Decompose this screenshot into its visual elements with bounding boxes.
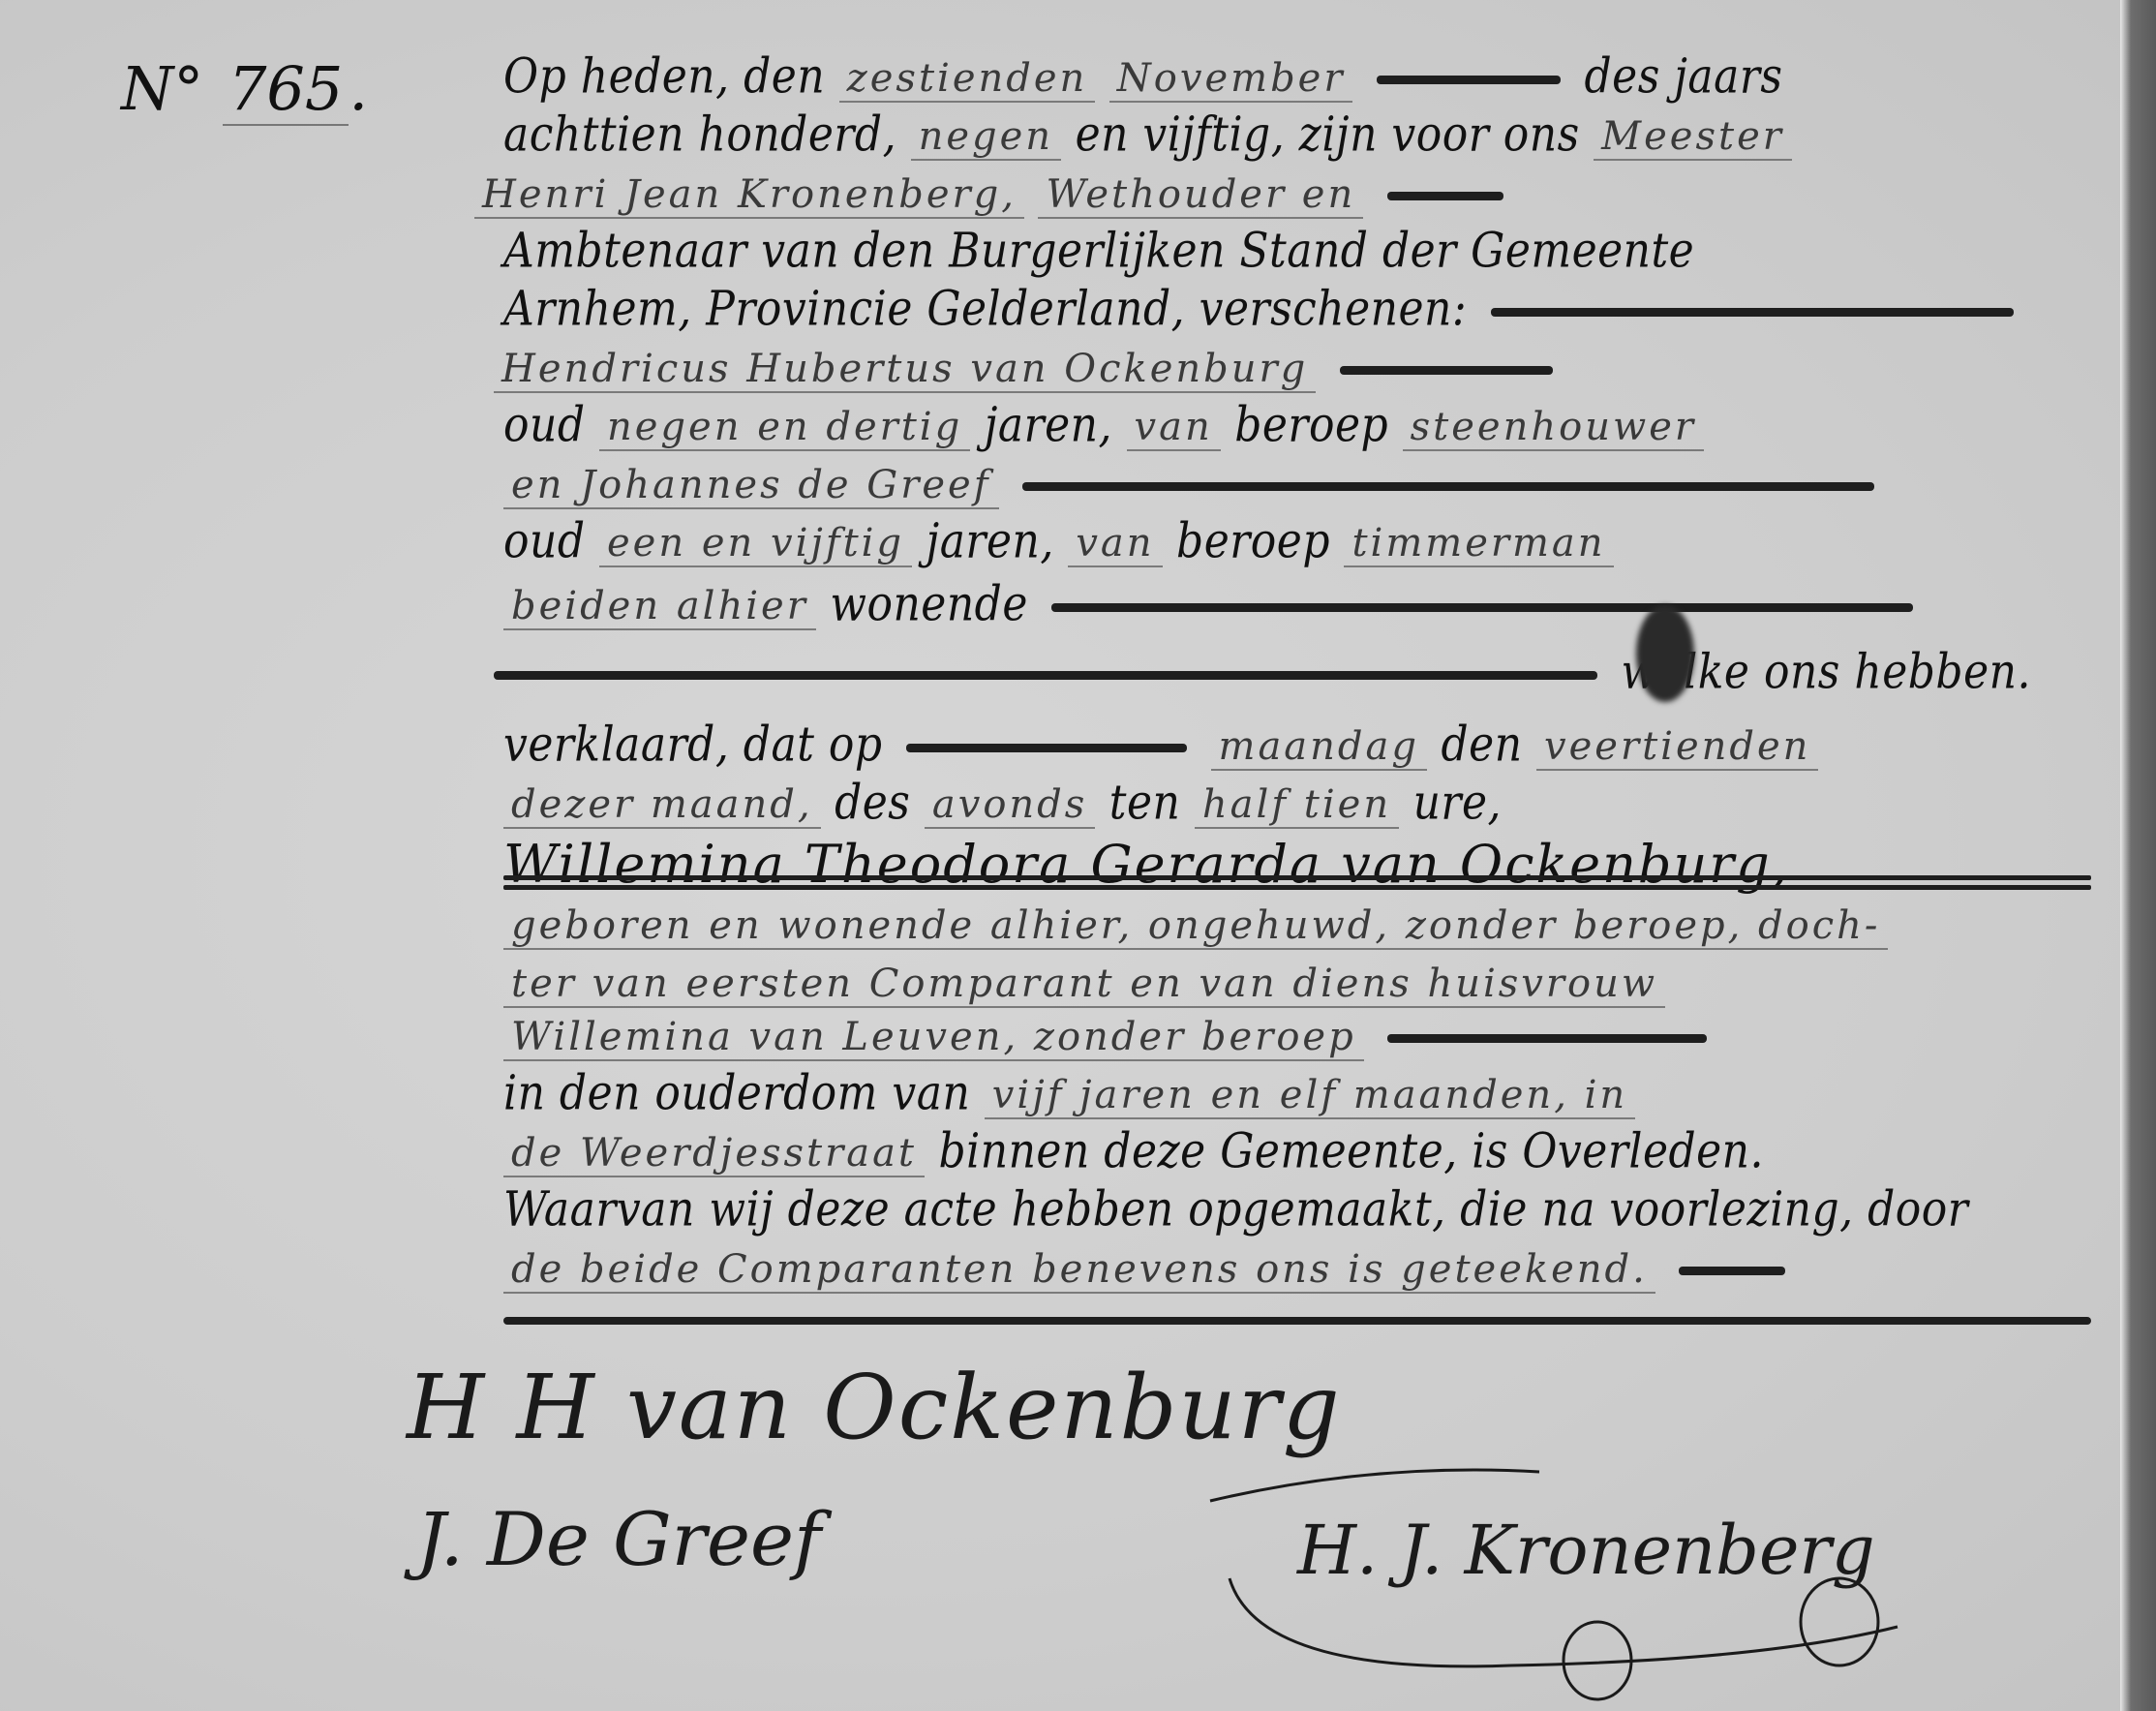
hand-occupation: steenhouwer bbox=[1403, 405, 1704, 451]
hand-residence: beiden alhier bbox=[503, 584, 816, 630]
record-number: N° 765. bbox=[121, 53, 368, 124]
record-line-6: Hendricus Hubertus van Ockenburg bbox=[503, 339, 2062, 397]
document-page: N° 765. Op heden, den zestienden Novembe… bbox=[0, 0, 2120, 1711]
hand-month: November bbox=[1109, 56, 1353, 103]
hand-title: Meester bbox=[1594, 114, 1792, 161]
print-text: den bbox=[1441, 713, 1522, 778]
hand-text: geboren en wonende alhier, ongehuwd, zon… bbox=[503, 903, 1888, 950]
hand-hour: half tien bbox=[1195, 782, 1399, 829]
print-text: oud bbox=[503, 509, 586, 574]
closing-rule bbox=[503, 1317, 2091, 1325]
fill-dash bbox=[1377, 76, 1561, 84]
hand-age-deceased: vijf jaren en elf maanden, in bbox=[985, 1073, 1635, 1119]
print-text: ten bbox=[1109, 771, 1181, 836]
print-text: oud bbox=[503, 393, 586, 458]
print-text: ure, bbox=[1413, 771, 1502, 836]
record-line-10: beiden alhier wonende bbox=[503, 576, 2062, 634]
record-line-20: Waarvan wij deze acte hebben opgemaakt, … bbox=[503, 1181, 2062, 1239]
print-text: in den ouderdom van bbox=[503, 1061, 970, 1126]
hand-text: de beide Comparanten benevens ons is get… bbox=[503, 1247, 1655, 1294]
number-value: 765 bbox=[223, 53, 349, 126]
record-line-16: ter van eersten Comparant en van diens h… bbox=[503, 954, 2062, 1012]
hand-date: veertienden bbox=[1536, 724, 1818, 771]
record-line-8: en Johannes de Greef bbox=[503, 455, 2062, 513]
hand-text: van bbox=[1068, 521, 1162, 567]
signature-witness: J. De Greef bbox=[416, 1496, 821, 1582]
fill-dash bbox=[1387, 1034, 1707, 1043]
fill-dash bbox=[906, 744, 1187, 752]
print-text: Arnhem, Provincie Gelderland, verschenen… bbox=[503, 277, 1467, 342]
number-prefix: N° bbox=[121, 53, 203, 124]
record-line-12: verklaard, dat op maandag den veertiende… bbox=[503, 717, 2062, 775]
hand-declarant-1: Hendricus Hubertus van Ockenburg bbox=[494, 347, 1316, 393]
record-line-13: dezer maand, des avonds ten half tien ur… bbox=[503, 775, 2062, 833]
record-line-5: Arnhem, Provincie Gelderland, verschenen… bbox=[503, 281, 2062, 339]
print-text: jaren, bbox=[985, 393, 1112, 458]
hand-text: van bbox=[1127, 405, 1221, 451]
hand-text: dezer maand, bbox=[503, 782, 821, 829]
hand-mother: Willemina van Leuven, zonder beroep bbox=[503, 1015, 1364, 1061]
hand-text: ter van eersten Comparant en van diens h… bbox=[503, 962, 1665, 1008]
double-underline-bottom bbox=[503, 885, 2091, 890]
record-line-17: Willemina van Leuven, zonder beroep bbox=[503, 1007, 2062, 1065]
signature-father: H H van Ockenburg bbox=[407, 1356, 1342, 1459]
fill-dash bbox=[1387, 192, 1503, 200]
record-line-2: achttien honderd, negen en vijftig, zijn… bbox=[503, 107, 2062, 165]
record-line-19: de Weerdjesstraat binnen deze Gemeente, … bbox=[503, 1123, 2062, 1181]
print-text: achttien honderd, bbox=[503, 103, 896, 168]
record-line-11: welke ons hebben. bbox=[503, 644, 2062, 702]
fill-dash bbox=[1340, 366, 1553, 375]
record-line-3: Henri Jean Kronenberg, Wethouder en bbox=[503, 165, 2062, 223]
record-line-7: oud negen en dertig jaren, van beroep st… bbox=[503, 397, 2062, 455]
print-text: beroep bbox=[1176, 509, 1330, 574]
hand-declarant-2: en Johannes de Greef bbox=[503, 463, 999, 509]
book-binding-edge bbox=[2120, 0, 2156, 1711]
hand-occupation: timmerman bbox=[1344, 521, 1613, 567]
print-text: des jaars bbox=[1584, 45, 1782, 109]
print-text: beroep bbox=[1234, 393, 1388, 458]
signature-flourish-icon bbox=[1220, 1569, 1917, 1704]
print-text: Waarvan wij deze acte hebben opgemaakt, … bbox=[503, 1177, 1968, 1242]
hand-official-role: Wethouder en bbox=[1038, 172, 1363, 219]
record-line-18: in den ouderdom van vijf jaren en elf ma… bbox=[503, 1065, 2062, 1123]
record-line-9: oud een en vijftig jaren, van beroep tim… bbox=[503, 513, 2062, 571]
fill-dash bbox=[1679, 1267, 1785, 1275]
hand-year: negen bbox=[911, 114, 1061, 161]
hand-age: een en vijftig bbox=[599, 521, 912, 567]
fill-dash bbox=[1491, 308, 2014, 317]
hand-official-name: Henri Jean Kronenberg, bbox=[474, 172, 1024, 219]
hand-age: negen en dertig bbox=[599, 405, 970, 451]
fill-dash bbox=[1051, 603, 1913, 612]
hand-day: zestienden bbox=[839, 56, 1096, 103]
print-text: jaren, bbox=[926, 509, 1054, 574]
print-text: des bbox=[835, 771, 910, 836]
print-text: en vijftig, zijn voor ons bbox=[1076, 103, 1580, 168]
hand-street: de Weerdjesstraat bbox=[503, 1131, 925, 1177]
record-line-21: de beide Comparanten benevens ons is get… bbox=[503, 1239, 2062, 1298]
double-underline-top bbox=[503, 875, 2091, 880]
print-text: verklaard, dat op bbox=[503, 713, 883, 778]
record-line-1: Op heden, den zestienden November des ja… bbox=[503, 48, 2062, 107]
hand-time-of-day: avonds bbox=[925, 782, 1095, 829]
print-text: Ambtenaar van den Burgerlijken Stand der… bbox=[503, 219, 1694, 284]
ink-blot bbox=[1636, 605, 1694, 702]
fill-dash bbox=[1022, 482, 1874, 491]
hand-weekday: maandag bbox=[1211, 724, 1427, 771]
record-line-4: Ambtenaar van den Burgerlijken Stand der… bbox=[503, 223, 2062, 281]
print-text: binnen deze Gemeente, is Overleden. bbox=[939, 1119, 1765, 1184]
signature-underline-icon bbox=[1200, 1452, 1549, 1511]
print-text: wonende bbox=[830, 572, 1028, 637]
print-text: Op heden, den bbox=[503, 45, 825, 109]
fill-dash bbox=[494, 671, 1597, 680]
record-line-15: geboren en wonende alhier, ongehuwd, zon… bbox=[503, 896, 2062, 954]
